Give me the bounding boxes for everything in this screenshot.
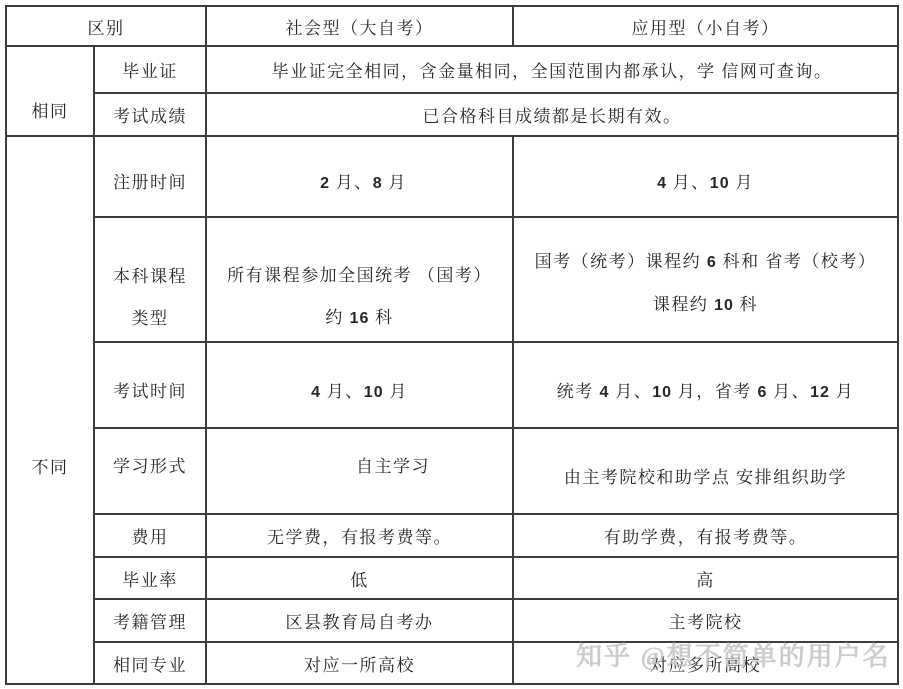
cell-applied: 4 月、10 月 [513,136,898,217]
cell-applied: 高 [513,557,898,599]
table-row: 考试成绩 已合格科目成绩都是长期有效。 [6,93,898,136]
table-row: 相同专业 对应一所高校 对应多所高校 [6,642,898,684]
row-label-line: 类型 [95,298,205,340]
row-label: 考试成绩 [94,93,206,136]
cell-merged: 已合格科目成绩都是长期有效。 [206,93,898,136]
table-row: 学习形式 自主学习 由主考院校和助学点 安排组织助学 [6,428,898,514]
table-row: 考试时间 4 月、10 月 统考 4 月、10 月，省考 6 月、12 月 [6,342,898,428]
row-label: 毕业证 [94,46,206,93]
row-label: 考试时间 [94,342,206,428]
cell-social: 无学费，有报考费等。 [206,514,513,557]
cell-social: 低 [206,557,513,599]
self-exam-comparison-table: 区别 社会型（大自考） 应用型（小自考） 相同 毕业证 毕业证完全相同，含金量相… [5,5,899,685]
cell-line: 国考（统考）课程约 6 科和 省考（校考） [514,241,897,284]
header-social-type: 社会型（大自考） [206,6,513,46]
cell-social: 自主学习 [206,428,513,514]
cell-social: 区县教育局自考办 [206,599,513,642]
comparison-table-page: 区别 社会型（大自考） 应用型（小自考） 相同 毕业证 毕业证完全相同，含金量相… [0,0,903,689]
cell-social: 对应一所高校 [206,642,513,684]
cell-applied: 主考院校 [513,599,898,642]
cell-merged: 毕业证完全相同，含金量相同，全国范围内都承认，学 信网可查询。 [206,46,898,93]
row-label: 毕业率 [94,557,206,599]
cell-applied: 有助学费，有报考费等。 [513,514,898,557]
table-row: 不同 注册时间 2 月、8 月 4 月、10 月 [6,136,898,217]
table-row: 毕业率 低 高 [6,557,898,599]
row-label-line: 本科课程 [95,256,205,298]
cell-line: 约 16 科 [207,297,512,340]
row-label: 学习形式 [94,428,206,514]
cell-social: 4 月、10 月 [206,342,513,428]
group-same-label: 相同 [6,46,94,136]
cell-line: 所有课程参加全国统考 （国考） [207,255,512,297]
table-row: 考籍管理 区县教育局自考办 主考院校 [6,599,898,642]
header-applied-type: 应用型（小自考） [513,6,898,46]
table-row: 本科课程 类型 所有课程参加全国统考 （国考） 约 16 科 国考（统考）课程约… [6,217,898,342]
cell-social: 2 月、8 月 [206,136,513,217]
table-row: 相同 毕业证 毕业证完全相同，含金量相同，全国范围内都承认，学 信网可查询。 [6,46,898,93]
cell-applied: 统考 4 月、10 月，省考 6 月、12 月 [513,342,898,428]
header-row: 区别 社会型（大自考） 应用型（小自考） [6,6,898,46]
cell-social: 所有课程参加全国统考 （国考） 约 16 科 [206,217,513,342]
cell-line: 课程约 10 科 [514,284,897,327]
header-distinction: 区别 [6,6,206,46]
group-different-label: 不同 [6,136,94,684]
row-label: 考籍管理 [94,599,206,642]
row-label: 费用 [94,514,206,557]
row-label: 相同专业 [94,642,206,684]
row-label: 本科课程 类型 [94,217,206,342]
row-label: 注册时间 [94,136,206,217]
cell-applied: 由主考院校和助学点 安排组织助学 [513,428,898,514]
table-row: 费用 无学费，有报考费等。 有助学费，有报考费等。 [6,514,898,557]
cell-applied: 对应多所高校 [513,642,898,684]
cell-applied: 国考（统考）课程约 6 科和 省考（校考） 课程约 10 科 [513,217,898,342]
